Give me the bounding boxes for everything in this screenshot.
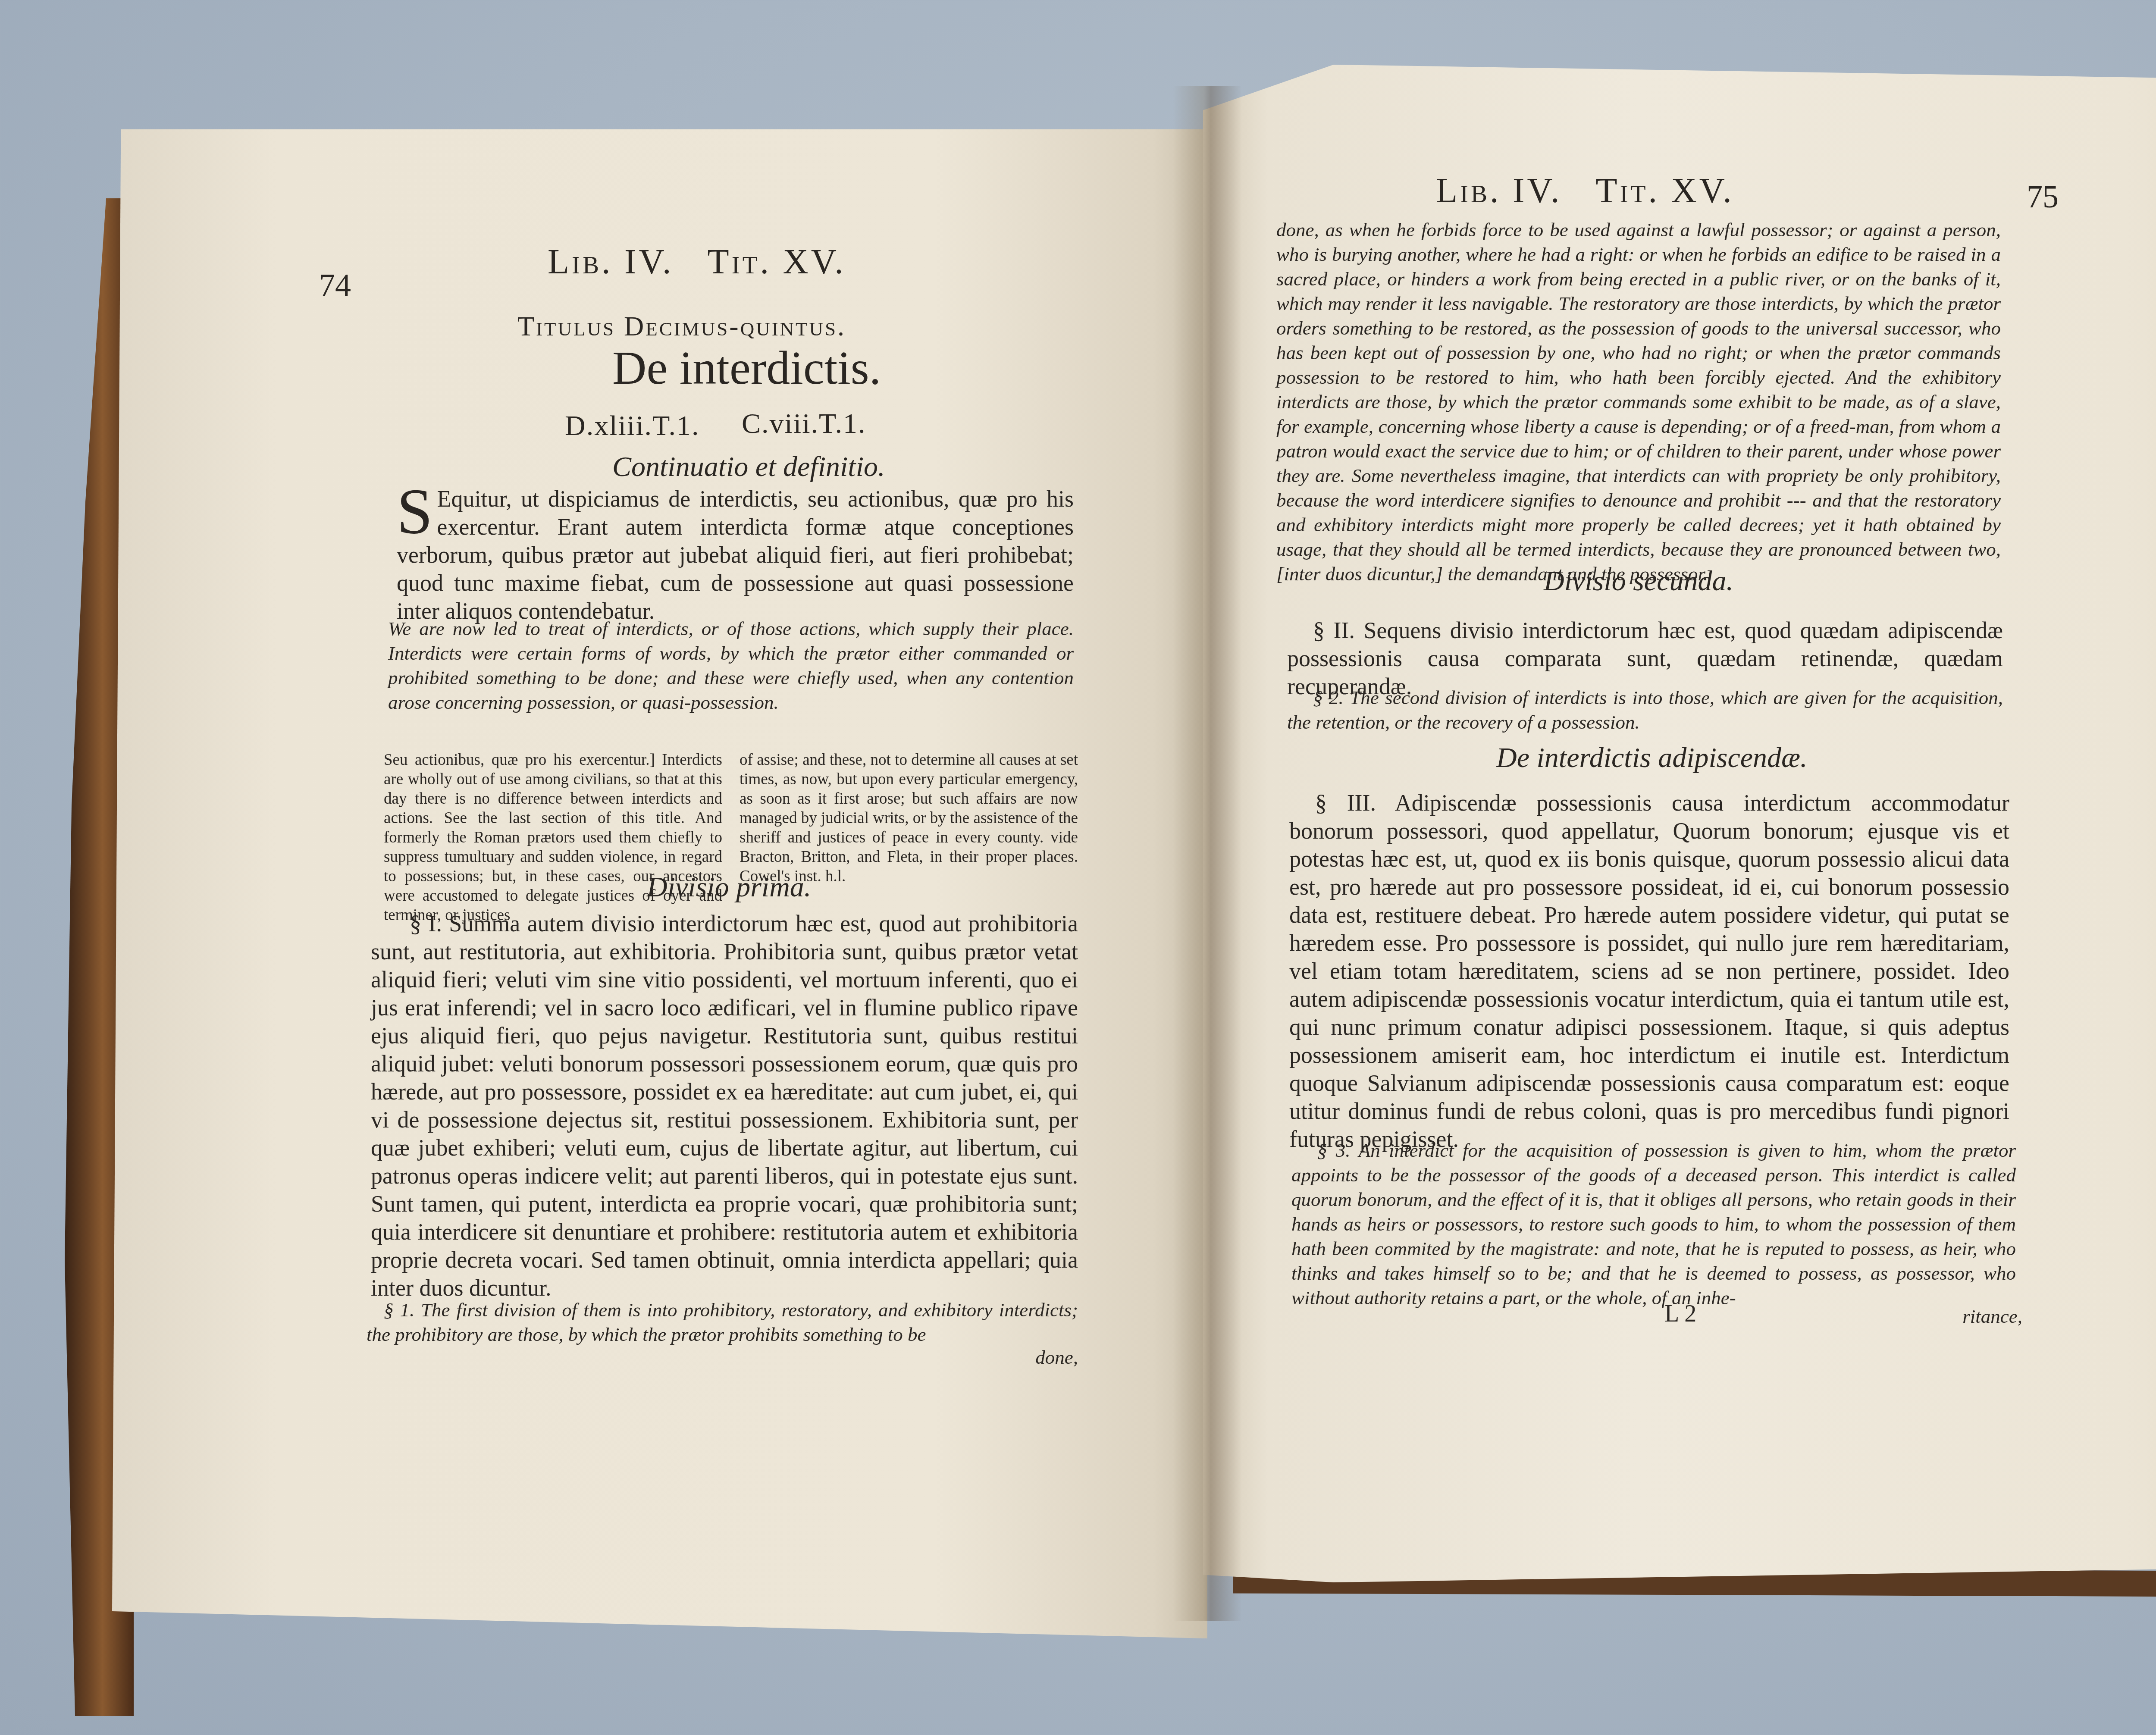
latin-paragraph: SEquitur, ut dispiciamus de interdictis,…: [397, 485, 1074, 625]
english-paragraph: § 3. An interdict for the acquisition of…: [1291, 1138, 2016, 1310]
drop-cap: S: [397, 486, 432, 538]
left-running-head: Lib. IV. Tit. XV.: [548, 241, 846, 282]
left-page-number: 74: [319, 267, 351, 304]
page-title: De interdictis.: [612, 341, 881, 395]
section-heading: Continuatio et definitio.: [612, 451, 885, 483]
latin-paragraph: § III. Adipiscendæ possessionis causa in…: [1289, 789, 2009, 1153]
right-running-head: Lib. IV. Tit. XV.: [1436, 170, 1734, 211]
book-gutter: [1173, 86, 1242, 1621]
section-heading: Divisio prima.: [647, 871, 811, 904]
title-line: Titulus Decimus-quintus.: [517, 310, 846, 342]
english-paragraph: We are now led to treat of interdicts, o…: [388, 617, 1074, 715]
english-paragraph: done, as when he forbids force to be use…: [1276, 218, 2001, 586]
right-page-number: 75: [2027, 179, 2059, 216]
section-heading: Divisio secunda.: [1544, 565, 1733, 598]
code-reference: C.viii.T.1.: [742, 407, 866, 440]
english-paragraph: § 1. The first division of them is into …: [367, 1298, 1078, 1347]
latin-paragraph: § I. Summa autem divisio interdictorum h…: [371, 910, 1078, 1302]
section-heading: De interdictis adipiscendæ.: [1496, 742, 1808, 774]
catchword: done,: [992, 1345, 1078, 1370]
printer-signature: L 2: [1664, 1300, 1696, 1328]
digest-reference: D.xliii.T.1.: [565, 410, 699, 442]
english-paragraph: § 2. The second division of interdicts i…: [1287, 686, 2003, 735]
catchword: ritance,: [1927, 1304, 2022, 1329]
